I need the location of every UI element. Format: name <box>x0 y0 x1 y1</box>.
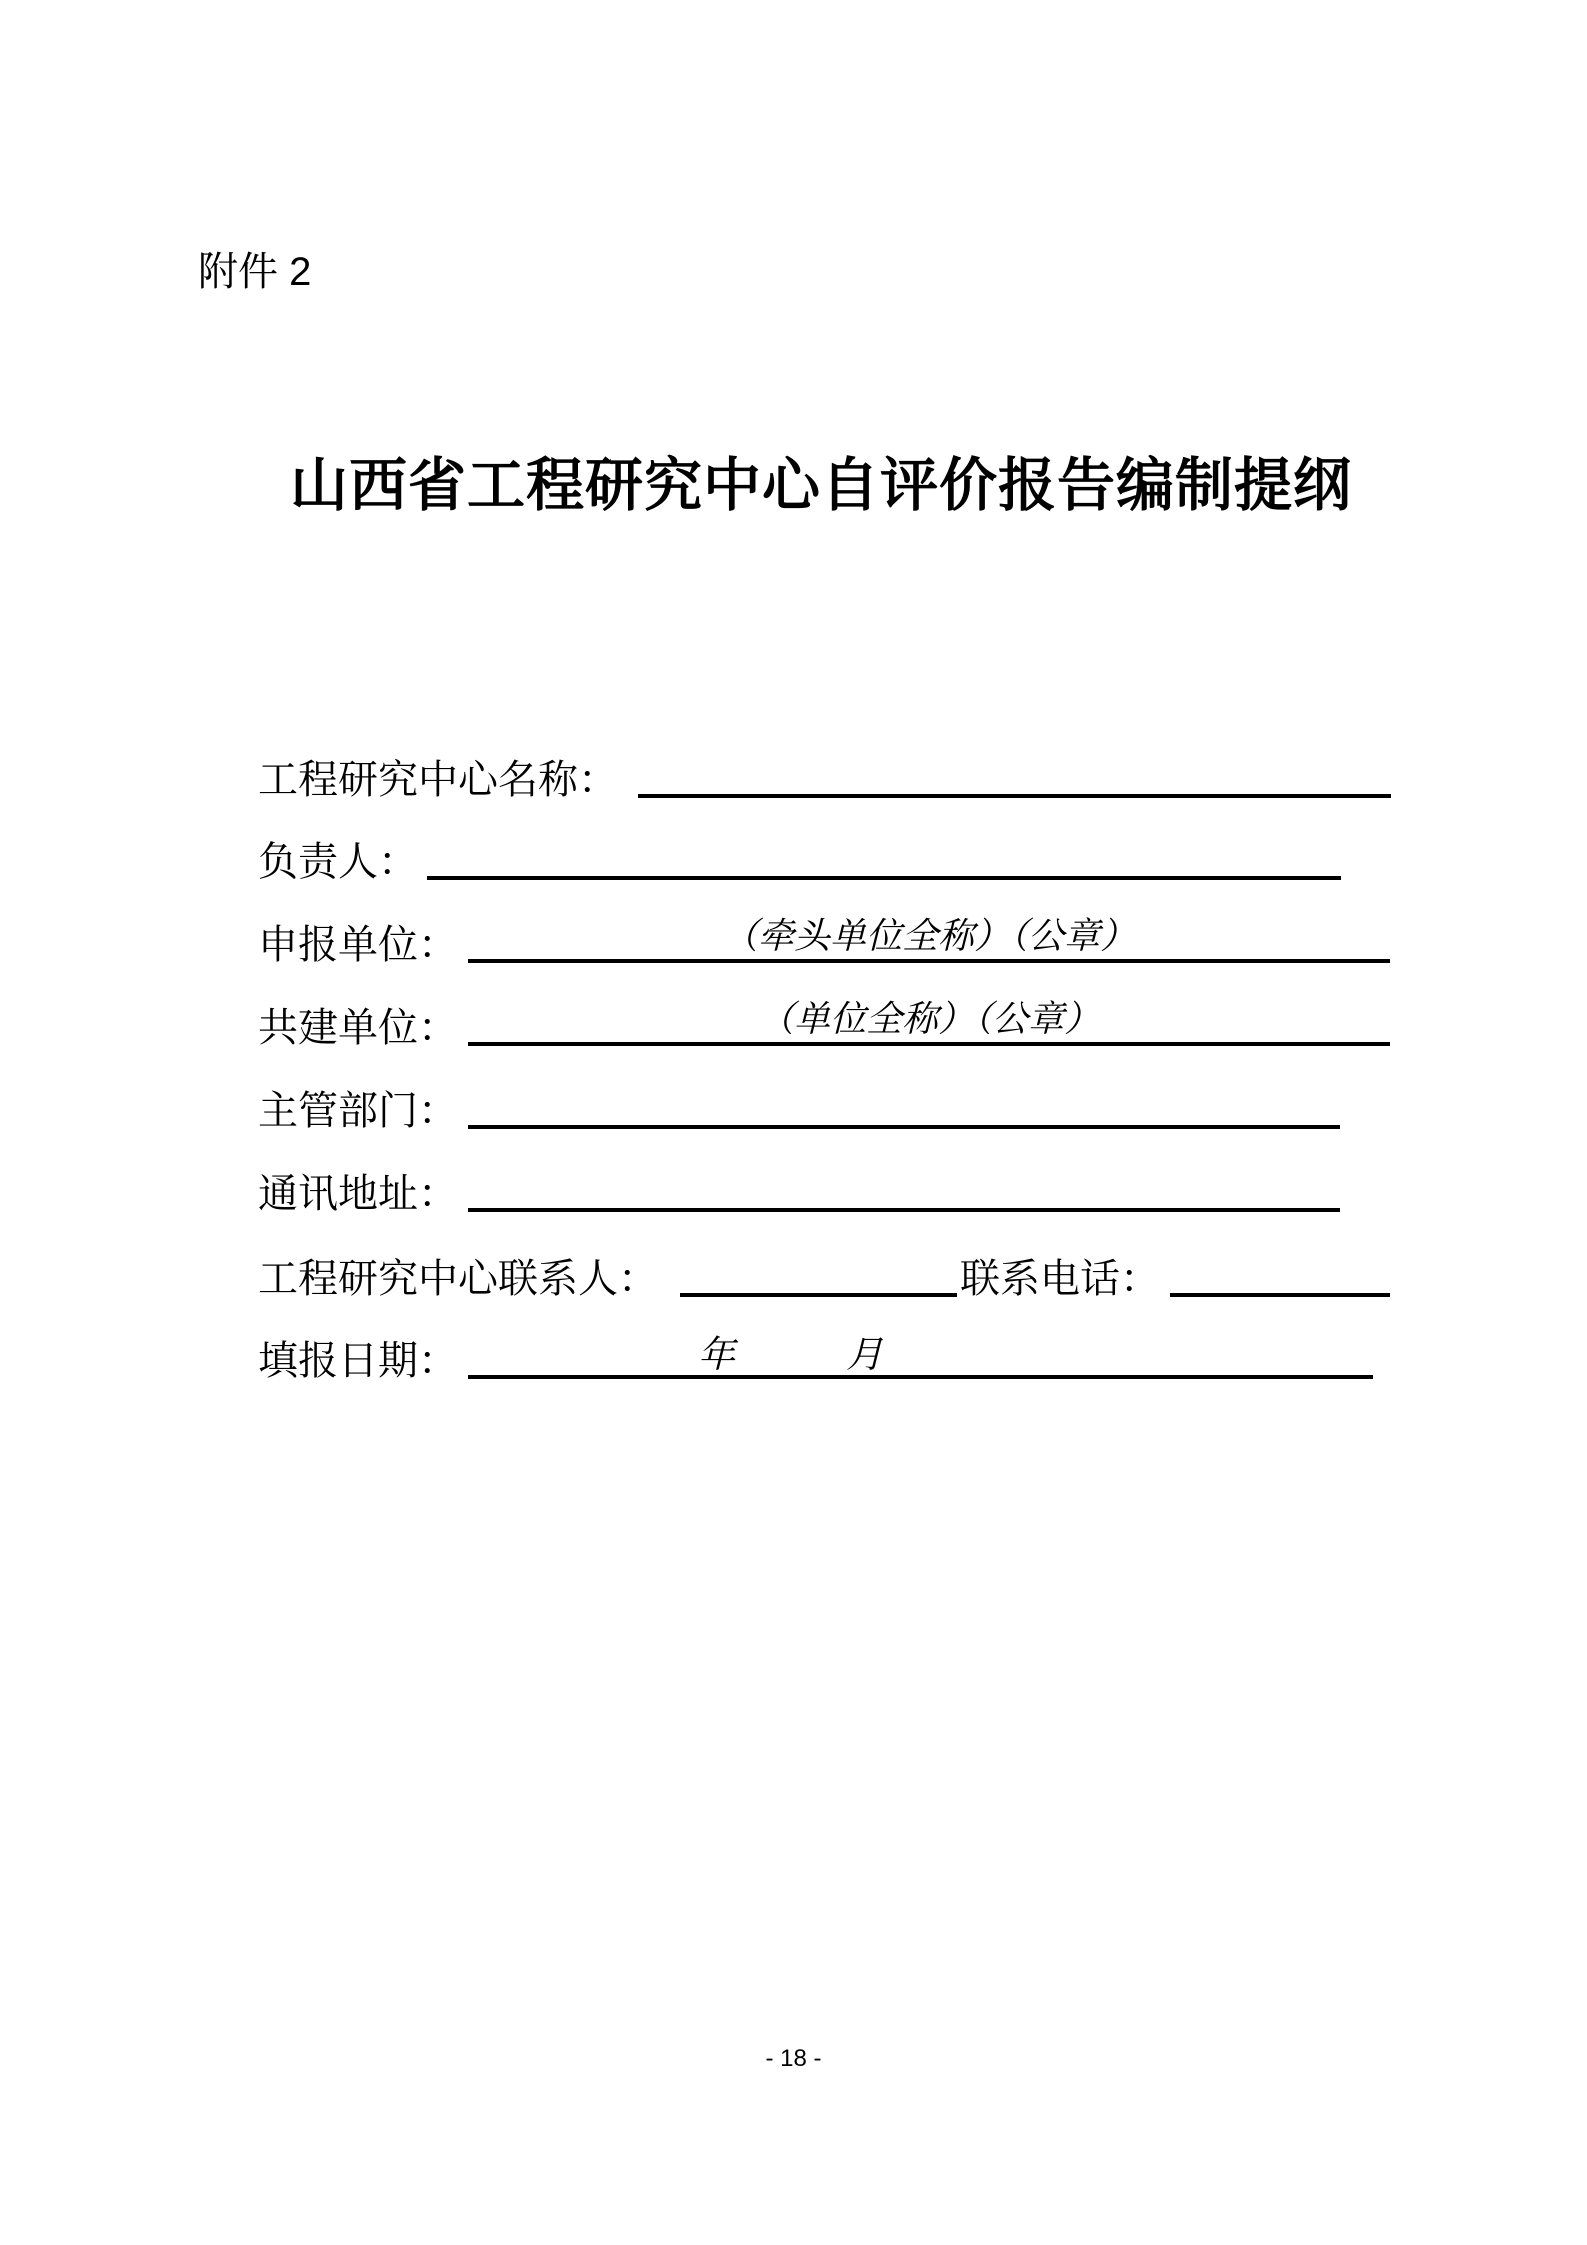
label-co-building-unit: 共建单位： <box>258 1008 458 1048</box>
document-title: 山西省工程研究中心自评价报告编制提纲 <box>0 452 1587 520</box>
label-contact-person: 工程研究中心联系人： <box>258 1259 658 1299</box>
label-person-in-charge: 负责人： <box>258 842 418 882</box>
label-competent-department: 主管部门： <box>258 1091 458 1131</box>
input-line-person-in-charge[interactable] <box>427 876 1341 880</box>
input-line-filling-date[interactable] <box>468 1375 1373 1379</box>
hint-applicant-unit: （牵头单位全称）（公章） <box>468 917 1390 955</box>
input-line-competent-department[interactable] <box>468 1125 1340 1129</box>
year-label: 年 <box>698 1337 735 1375</box>
label-contact-phone: 联系电话： <box>960 1259 1160 1299</box>
page-number: - 18 - <box>0 2046 1587 2072</box>
input-line-contact-phone[interactable] <box>1170 1293 1390 1297</box>
input-line-mailing-address[interactable] <box>468 1208 1340 1212</box>
input-line-contact-person[interactable] <box>680 1293 957 1297</box>
input-line-co-building-unit[interactable] <box>468 1042 1390 1046</box>
label-applicant-unit: 申报单位： <box>258 925 458 965</box>
label-center-name: 工程研究中心名称： <box>258 760 618 800</box>
month-label: 月 <box>846 1337 883 1375</box>
label-filling-date: 填报日期： <box>258 1341 458 1381</box>
input-line-center-name[interactable] <box>638 794 1391 798</box>
label-mailing-address: 通讯地址： <box>258 1174 458 1214</box>
hint-co-building-unit: （单位全称）（公章） <box>468 1000 1390 1038</box>
attachment-label: 附件 2 <box>198 250 311 294</box>
document-page: 附件 2 山西省工程研究中心自评价报告编制提纲 工程研究中心名称： 负责人： 申… <box>0 0 1587 2245</box>
input-line-applicant-unit[interactable] <box>468 959 1390 963</box>
